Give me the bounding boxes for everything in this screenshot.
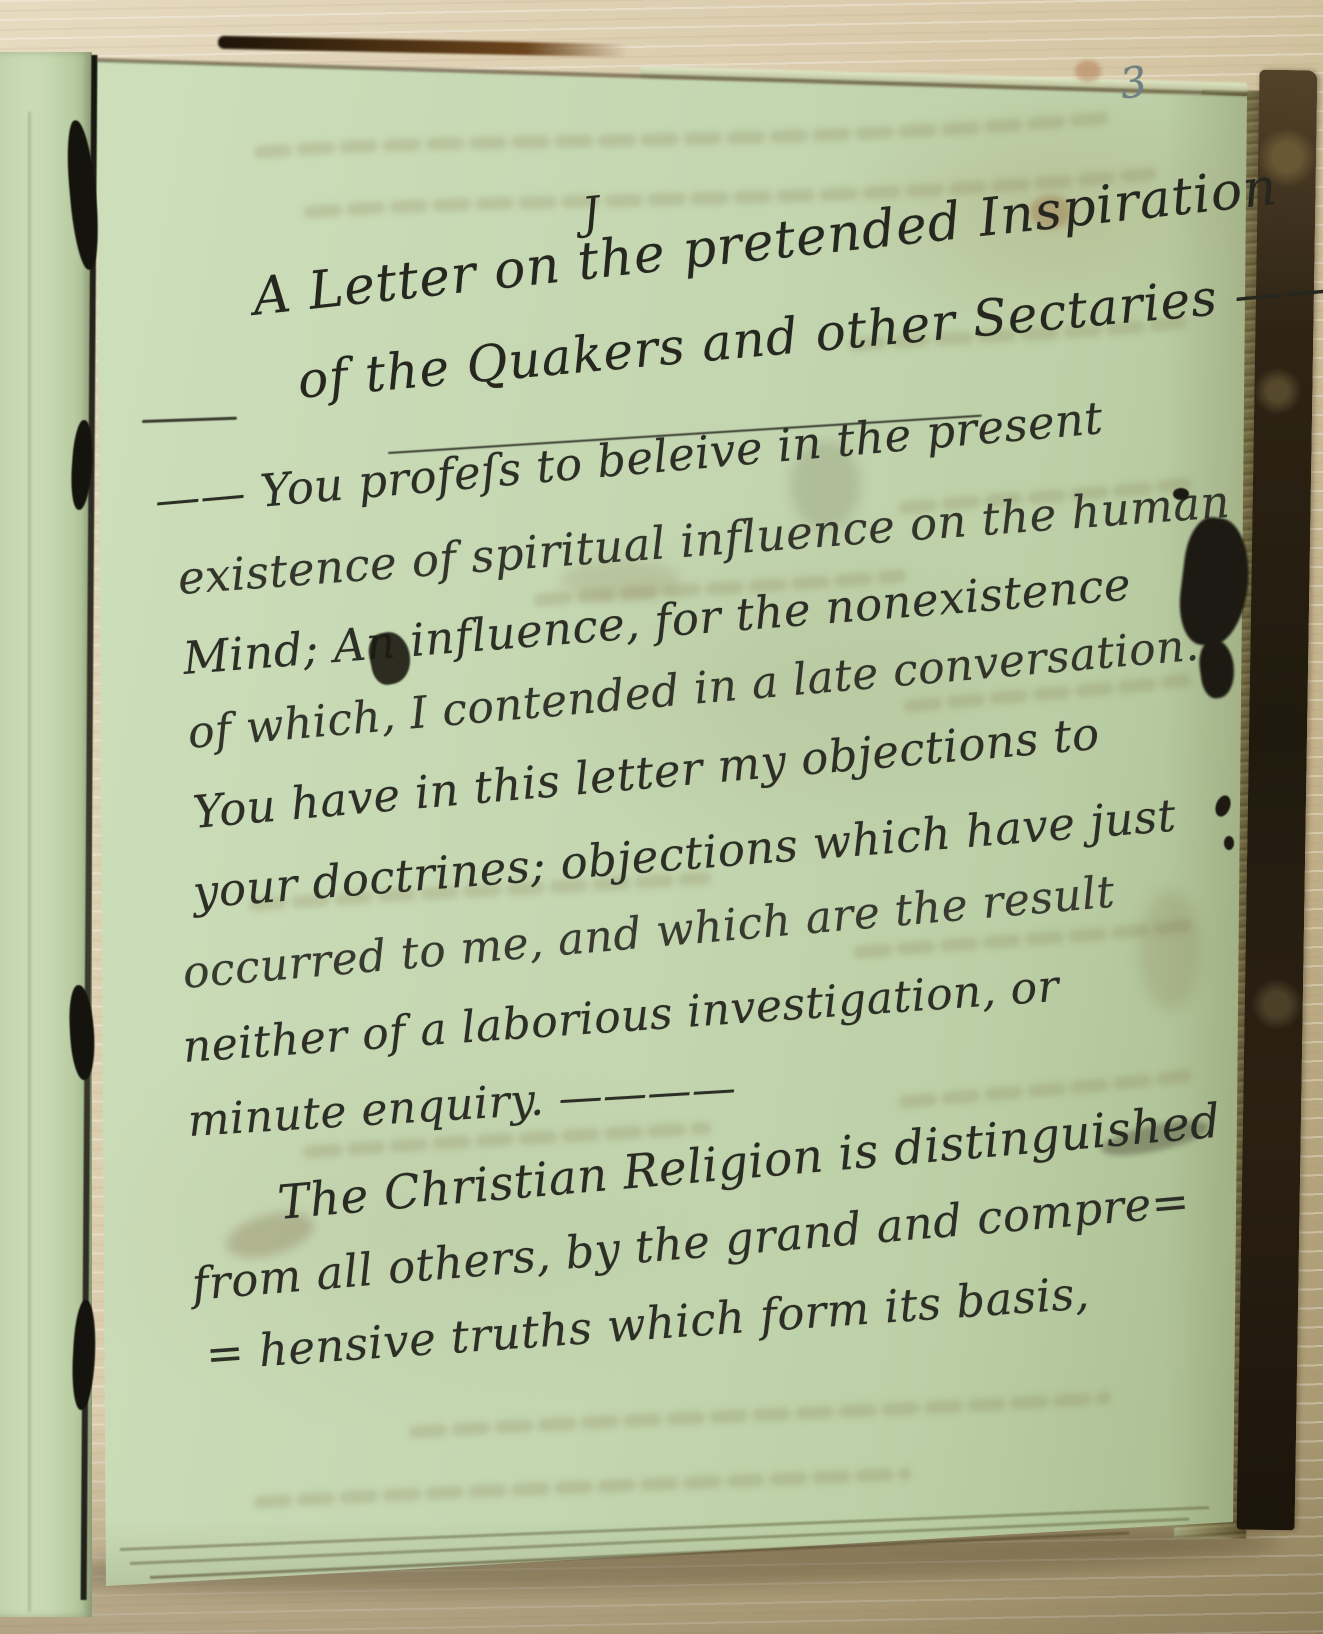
- manuscript-photo: 3 J A Letter on the pretended Inspiratio…: [0, 0, 1323, 1634]
- facing-page-fold-line: [28, 112, 31, 1612]
